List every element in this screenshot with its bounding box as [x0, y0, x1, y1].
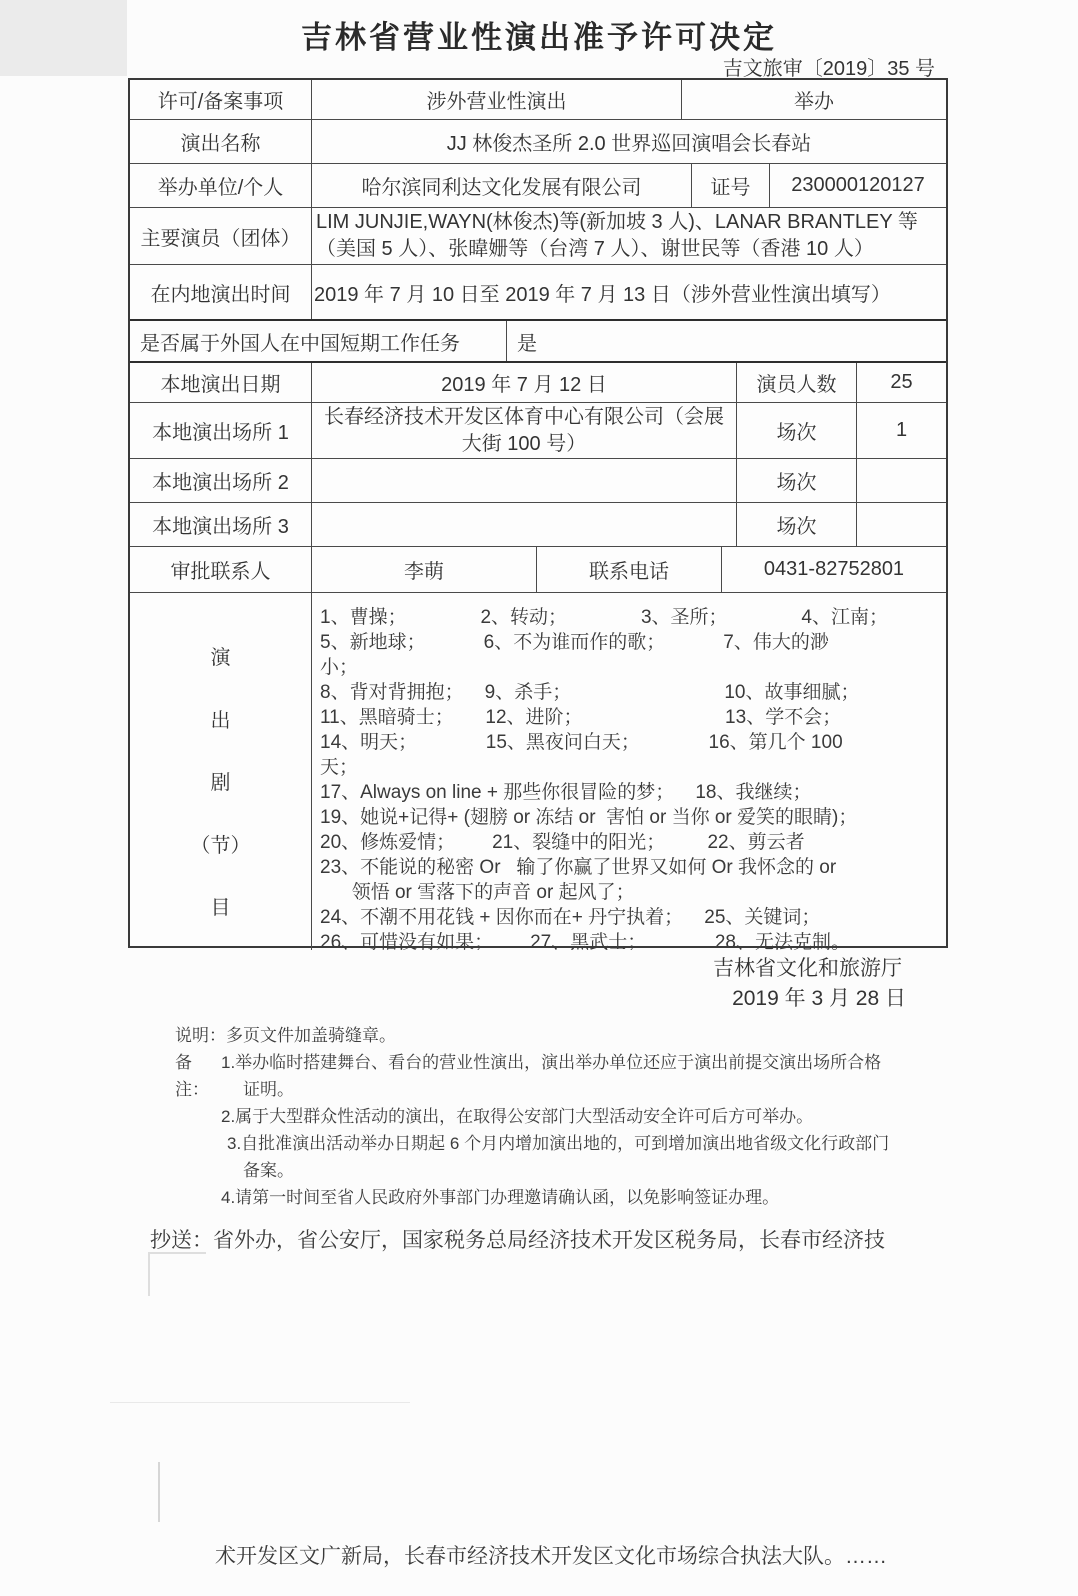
scan-line-artifact — [110, 1402, 410, 1403]
venue-3-sessions-value — [857, 503, 946, 546]
issuing-authority: 吉林省文化和旅游厅 — [713, 952, 902, 982]
scanned-permit-document: 吉林省营业性演出准予许可决定 吉文旅审〔2019〕35 号 许可/备案事项 涉外… — [0, 0, 1078, 1596]
performer-count-label: 演员人数 — [737, 363, 857, 402]
contact-label: 审批联系人 — [130, 547, 312, 592]
local-date-value: 2019 年 7 月 12 日 — [312, 363, 737, 402]
cert-number-label: 证号 — [692, 164, 770, 207]
song-line: 天； — [320, 755, 358, 780]
song-line: 11、黑暗骑士； 12、进阶； 13、学不会； — [320, 705, 841, 730]
short-term-work-value: 是 — [507, 321, 946, 361]
shuoming-note: 说明：多页文件加盖骑缝章。 — [175, 1022, 935, 1049]
row-venue-2: 本地演出场所 2 场次 — [130, 459, 946, 503]
cc-line: 抄送：省外办，省公安厅，国家税务总局经济技术开发区税务局，长春市经济技 — [150, 1224, 960, 1254]
local-date-label: 本地演出日期 — [130, 363, 312, 402]
permit-item-label: 许可/备案事项 — [130, 80, 312, 119]
venue-3-label: 本地演出场所 3 — [130, 503, 312, 546]
note-line: 1.举办临时搭建舞台、看台的营业性演出，演出举办单位还应于演出前提交演出场所合格 — [221, 1049, 935, 1076]
song-line: 领悟 or 雪落下的声音 or 起风了； — [320, 880, 635, 905]
venue-2-sessions-value — [857, 459, 946, 502]
row-organizer: 举办单位/个人 哈尔滨同利达文化发展有限公司 证号 230000120127 — [130, 164, 946, 208]
note-line: 3.自批准演出活动举办日期起 6 个月内增加演出地的，可到增加演出地省级文化行政… — [221, 1130, 935, 1157]
row-performance-name: 演出名称 JJ 林俊杰圣所 2.0 世界巡回演唱会长春站 — [130, 120, 946, 164]
document-title: 吉林省营业性演出准予许可决定 — [0, 12, 1078, 57]
venue-1-value: 长春经济技术开发区体育中心有限公司（会展大街 100 号） — [312, 403, 737, 458]
row-local-date: 本地演出日期 2019 年 7 月 12 日 演员人数 25 — [130, 363, 946, 403]
song-line: 19、她说+记得+ (翅膀 or 冻结 or 害怕 or 当你 or 爱笑的眼睛… — [320, 805, 857, 830]
venue-2-sessions-label: 场次 — [737, 459, 857, 502]
note-line: 证明。 — [221, 1076, 935, 1103]
row-venue-3: 本地演出场所 3 场次 — [130, 503, 946, 547]
mainland-period-value: 2019 年 7 月 10 日至 2019 年 7 月 13 日（涉外营业性演出… — [312, 265, 946, 319]
beizhu-items: 1.举办临时搭建舞台、看台的营业性演出，演出举办单位还应于演出前提交演出场所合格… — [221, 1049, 935, 1211]
cert-number-value: 230000120127 — [770, 164, 946, 207]
cc-continuation-line: 术开发区文广新局，长春市经济技术开发区文化市场综合执法大队。…… — [215, 1540, 1055, 1570]
permit-item-type: 举办 — [682, 80, 946, 119]
main-performers-value: LIM JUNJIE,WAYN(林俊杰)等(新加坡 3 人)、LANAR BRA… — [312, 208, 946, 264]
program-label-char: （节） — [191, 829, 251, 858]
performance-name-label: 演出名称 — [130, 120, 312, 163]
permit-form-table: 许可/备案事项 涉外营业性演出 举办 演出名称 JJ 林俊杰圣所 2.0 世界巡… — [128, 78, 948, 948]
venue-1-sessions-value: 1 — [857, 403, 946, 458]
performance-name-value: JJ 林俊杰圣所 2.0 世界巡回演唱会长春站 — [312, 120, 946, 163]
song-line: 1、曹操； 2、转动； 3、圣所； 4、江南； — [320, 605, 888, 630]
song-line: 26、可惜没有如果； 27、黑武士； 28、无法克制。 — [320, 930, 850, 950]
program-label: 演 出 剧 （节） 目 — [130, 593, 312, 950]
row-short-term-work: 是否属于外国人在中国短期工作任务 是 — [130, 321, 946, 363]
song-line: 20、修炼爱情； 21、裂缝中的阳光； 22、剪云者 — [320, 830, 805, 855]
contact-phone-value: 0431-82752801 — [722, 547, 946, 592]
document-number: 吉文旅审〔2019〕35 号 — [723, 52, 935, 81]
song-line: 5、新地球； 6、不为谁而作的歌； 7、伟大的渺 — [320, 630, 829, 655]
venue-3-value — [312, 503, 737, 546]
program-song-list: 1、曹操； 2、转动； 3、圣所； 4、江南； 5、新地球； 6、不为谁而作的歌… — [312, 593, 946, 950]
contact-name: 李萌 — [312, 547, 537, 592]
permit-item-value: 涉外营业性演出 — [312, 80, 682, 119]
issue-date: 2019 年 3 月 28 日 — [732, 982, 906, 1012]
venue-2-label: 本地演出场所 2 — [130, 459, 312, 502]
row-main-performers: 主要演员（团体） LIM JUNJIE,WAYN(林俊杰)等(新加坡 3 人)、… — [130, 208, 946, 265]
program-label-char: 剧 — [211, 766, 231, 795]
song-line: 小； — [320, 655, 358, 680]
venue-1-label: 本地演出场所 1 — [130, 403, 312, 458]
song-line: 17、Always on line + 那些你很冒险的梦； 18、我继续； — [320, 780, 812, 805]
scan-bracket-artifact — [148, 1252, 150, 1296]
venue-1-sessions-label: 场次 — [737, 403, 857, 458]
row-permit-item: 许可/备案事项 涉外营业性演出 举办 — [130, 80, 946, 120]
song-line: 14、明天； 15、黑夜问白天； 16、第几个 100 — [320, 730, 843, 755]
program-label-char: 目 — [211, 891, 231, 920]
row-venue-1: 本地演出场所 1 长春经济技术开发区体育中心有限公司（会展大街 100 号） 场… — [130, 403, 946, 459]
short-term-work-label: 是否属于外国人在中国短期工作任务 — [130, 321, 507, 361]
performer-count-value: 25 — [857, 363, 946, 402]
organizer-value: 哈尔滨同利达文化发展有限公司 — [312, 164, 692, 207]
main-performers-label: 主要演员（团体） — [130, 208, 312, 264]
note-line: 4.请第一时间至省人民政府外事部门办理邀请确认函，以免影响签证办理。 — [221, 1184, 935, 1211]
venue-2-value — [312, 459, 737, 502]
song-line: 8、背对背拥抱； 9、杀手； 10、故事细腻； — [320, 680, 859, 705]
notes-section: 说明：多页文件加盖骑缝章。 备注： 1.举办临时搭建舞台、看台的营业性演出，演出… — [175, 1022, 935, 1211]
row-program: 演 出 剧 （节） 目 1、曹操； 2、转动； 3、圣所； 4、江南； 5、新地… — [130, 593, 946, 950]
row-approval-contact: 审批联系人 李萌 联系电话 0431-82752801 — [130, 547, 946, 593]
note-line: 2.属于大型群众性活动的演出，在取得公安部门大型活动安全许可后方可举办。 — [221, 1103, 935, 1130]
contact-phone-label: 联系电话 — [537, 547, 722, 592]
song-line: 24、不潮不用花钱 + 因你而在+ 丹宁执着； 25、关键词； — [320, 905, 820, 930]
mainland-period-label: 在内地演出时间 — [130, 265, 312, 319]
song-line: 23、不能说的秘密 Or 输了你赢了世界又如何 Or 我怀念的 or — [320, 855, 836, 880]
program-label-char: 出 — [211, 704, 231, 733]
organizer-label: 举办单位/个人 — [130, 164, 312, 207]
scan-line-artifact — [158, 1462, 160, 1522]
row-mainland-period: 在内地演出时间 2019 年 7 月 10 日至 2019 年 7 月 13 日… — [130, 265, 946, 321]
program-label-char: 演 — [211, 641, 231, 670]
note-line: 备案。 — [221, 1157, 935, 1184]
venue-3-sessions-label: 场次 — [737, 503, 857, 546]
beizhu-label: 备注： — [175, 1049, 221, 1211]
